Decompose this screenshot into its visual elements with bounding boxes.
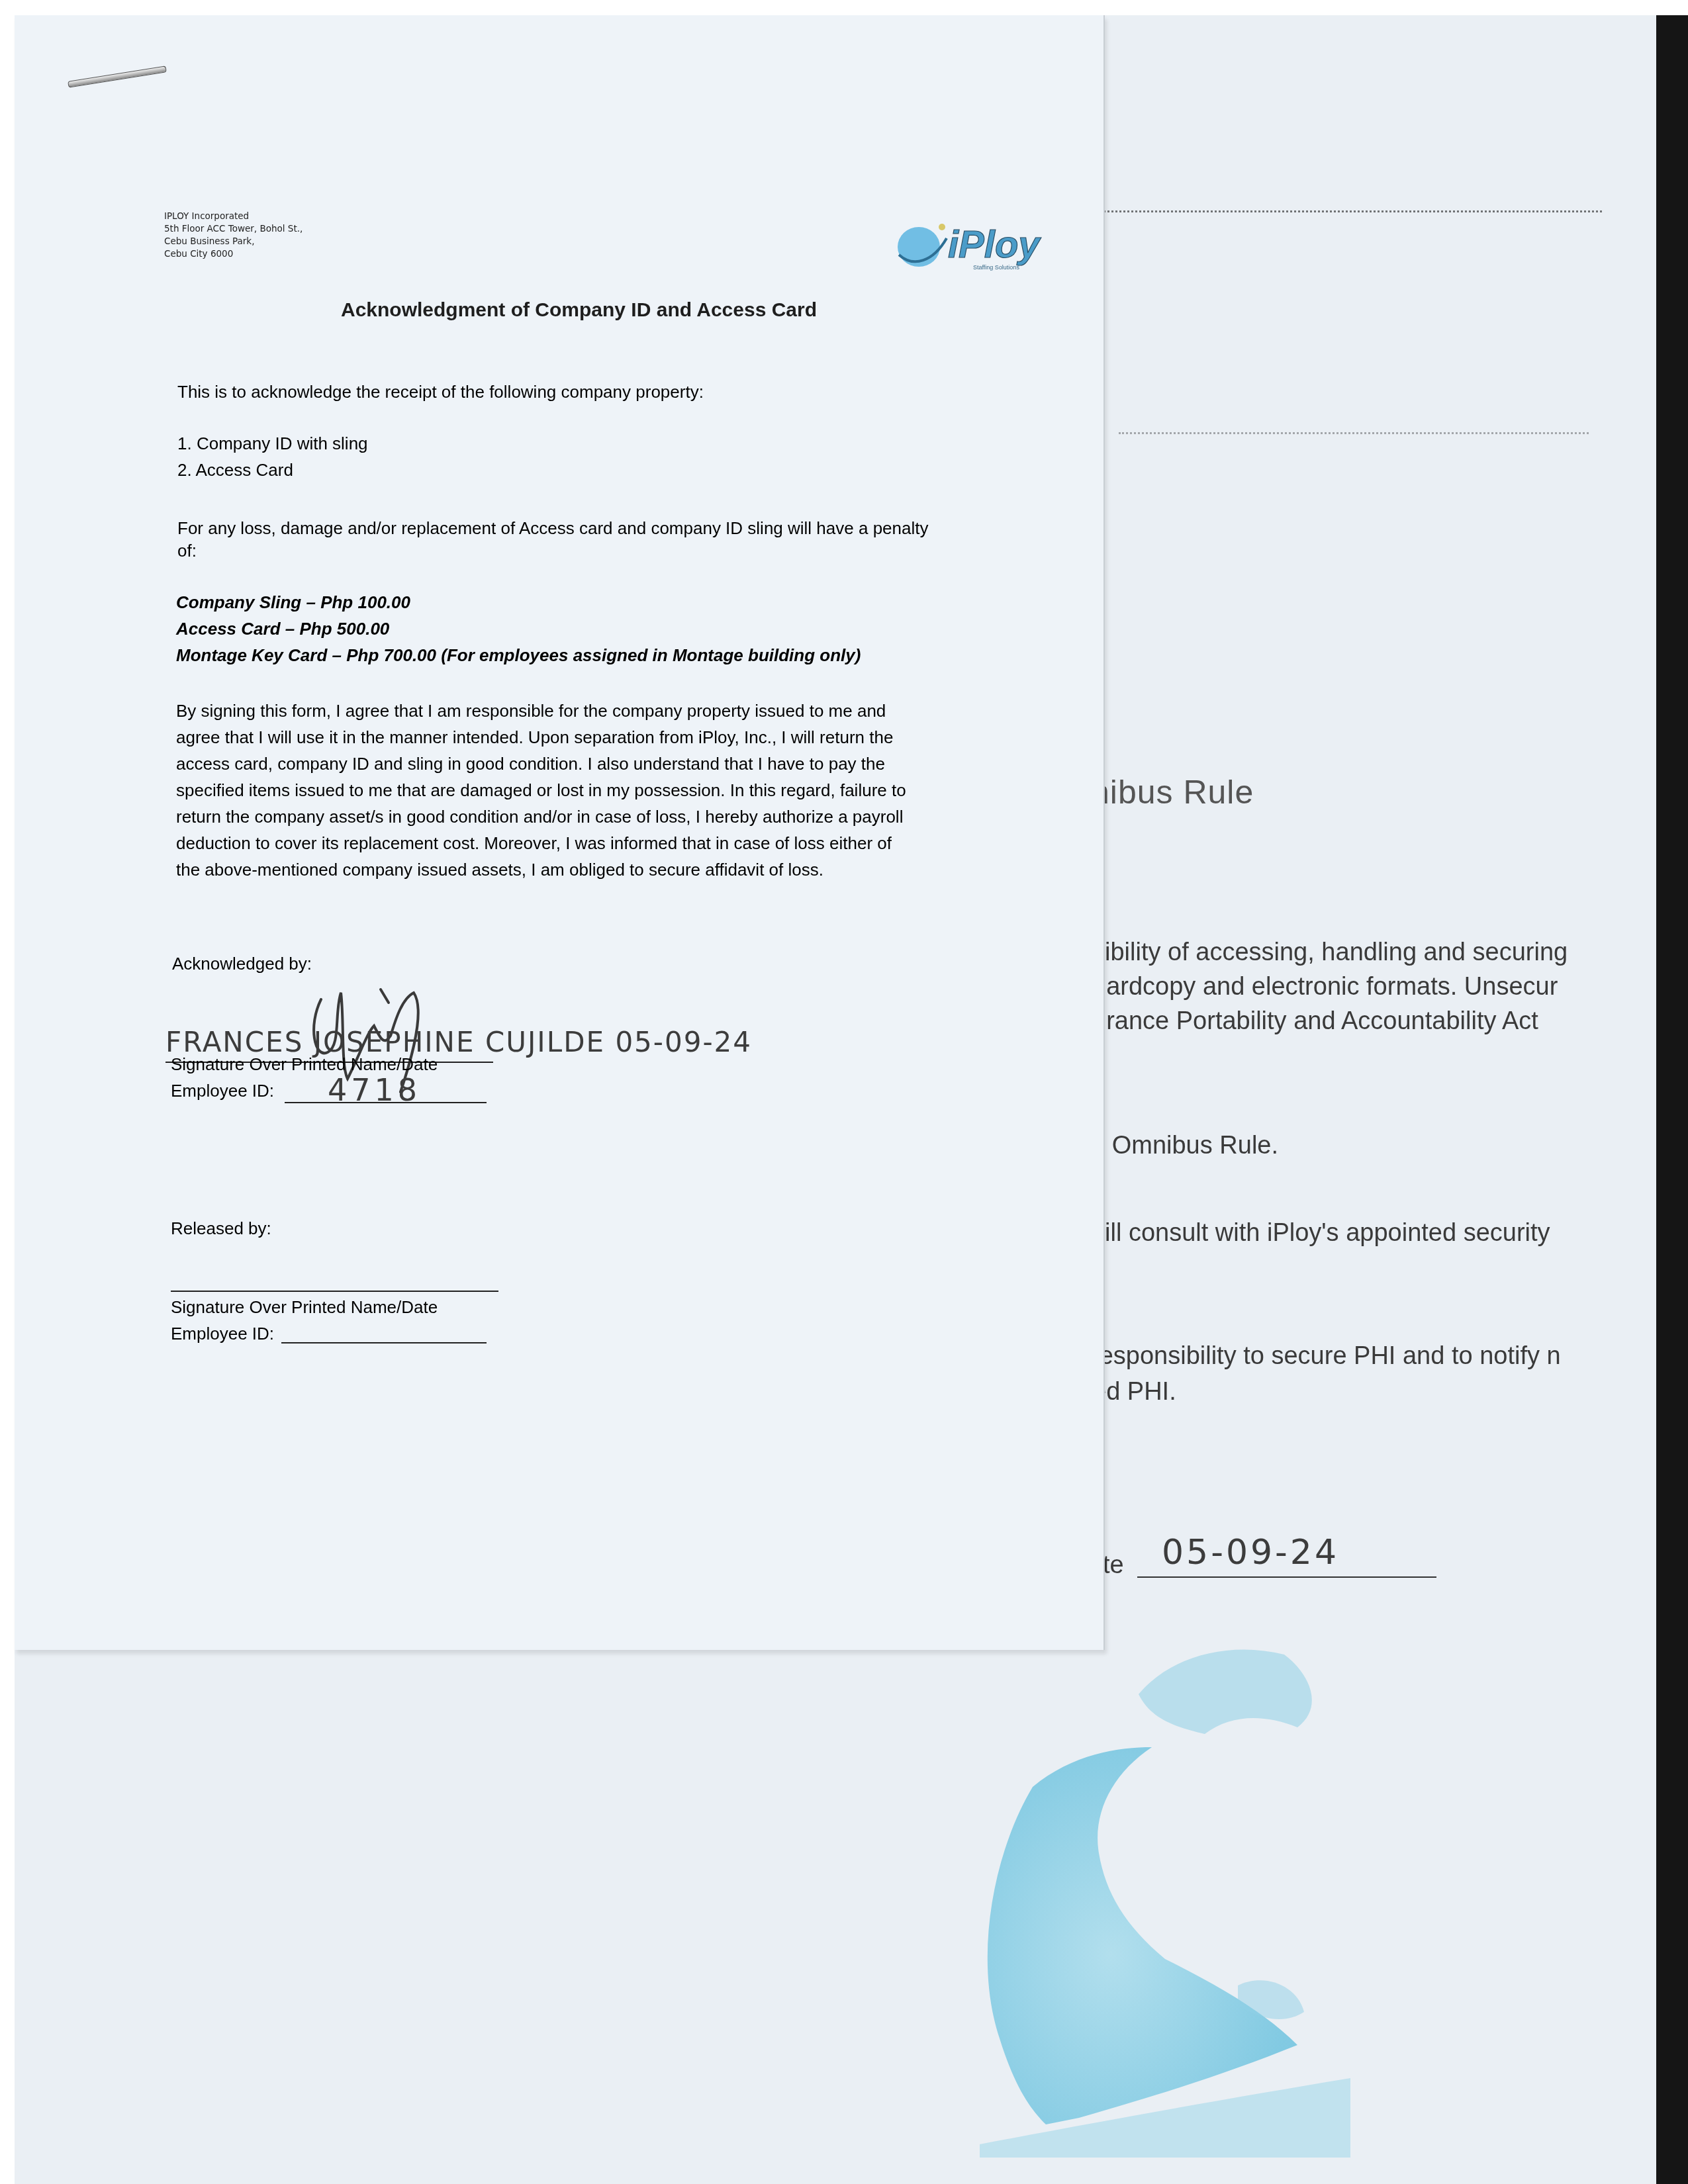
agreement-line: access card, company ID and sling in goo… bbox=[176, 751, 885, 777]
released-by-label: Released by: bbox=[171, 1215, 271, 1242]
address-line: IPLOY Incorporated bbox=[164, 210, 303, 223]
penalty-intro-cont: of: bbox=[177, 537, 197, 564]
property-item: 2. Access Card bbox=[177, 457, 293, 483]
back-page-line: urance Portability and Accountability Ac… bbox=[1092, 1007, 1538, 1036]
back-page-line: e Omnibus Rule. bbox=[1091, 1132, 1278, 1160]
agreement-line: agree that I will use it in the manner i… bbox=[176, 724, 893, 751]
released-signature-line bbox=[171, 1291, 498, 1292]
company-address: IPLOY Incorporated 5th Floor ACC Tower, … bbox=[164, 210, 303, 261]
intro-text: This is to acknowledge the receipt of th… bbox=[177, 379, 704, 405]
released-employee-id-label: Employee ID: bbox=[171, 1320, 274, 1347]
back-page-line: sibility of accessing, handling and secu… bbox=[1092, 938, 1568, 967]
address-line: 5th Floor ACC Tower, Bohol St., bbox=[164, 223, 303, 236]
faint-dots bbox=[1119, 432, 1589, 435]
scanner-edge bbox=[1656, 15, 1688, 2184]
back-page-line: responsibility to secure PHI and to noti… bbox=[1091, 1342, 1561, 1371]
employee-id-label: Employee ID: bbox=[171, 1077, 274, 1104]
agreement-line: return the company asset/s in good condi… bbox=[176, 803, 903, 830]
globe-watermark-icon bbox=[953, 1615, 1483, 2171]
released-employee-id-line bbox=[281, 1342, 487, 1343]
back-handwritten-date: 05-09-24 bbox=[1162, 1533, 1339, 1572]
address-line: Cebu Business Park, bbox=[164, 236, 303, 248]
penalty-access-card: Access Card – Php 500.00 bbox=[176, 615, 389, 642]
back-page-line: vill consult with iPloy's appointed secu… bbox=[1092, 1219, 1550, 1248]
released-signature-caption: Signature Over Printed Name/Date bbox=[171, 1294, 438, 1320]
agreement-line: the above-mentioned company issued asset… bbox=[176, 856, 823, 883]
penalty-montage-key-card: Montage Key Card – Php 700.00 (For emplo… bbox=[176, 642, 861, 668]
address-line: Cebu City 6000 bbox=[164, 248, 303, 261]
back-page-line: ed PHI. bbox=[1092, 1378, 1176, 1406]
svg-text:iPloy: iPloy bbox=[948, 223, 1041, 266]
agreement-line: deduction to cover its replacement cost.… bbox=[176, 830, 892, 856]
back-page-line: hardcopy and electronic formats. Unsecur bbox=[1092, 973, 1558, 1001]
svg-text:Staffing Solutions: Staffing Solutions bbox=[973, 264, 1019, 271]
acknowledged-by-label: Acknowledged by: bbox=[172, 950, 312, 977]
property-item: 1. Company ID with sling bbox=[177, 430, 368, 457]
back-date-label: te bbox=[1103, 1551, 1124, 1580]
penalty-intro: For any loss, damage and/or replacement … bbox=[177, 515, 928, 541]
back-date-underline bbox=[1137, 1576, 1436, 1578]
employee-id-line bbox=[285, 1102, 487, 1103]
agreement-line: By signing this form, I agree that I am … bbox=[176, 698, 886, 724]
penalty-company-sling: Company Sling – Php 100.00 bbox=[176, 589, 410, 615]
document-title: Acknowledgment of Company ID and Access … bbox=[341, 299, 817, 322]
agreement-line: specified items issued to me that are da… bbox=[176, 777, 906, 803]
back-page-heading: nibus Rule bbox=[1091, 773, 1254, 811]
iploy-logo: iPloy Staffing Solutions bbox=[894, 215, 1066, 275]
faint-header-dots bbox=[1092, 210, 1602, 214]
staple-icon bbox=[68, 66, 167, 87]
